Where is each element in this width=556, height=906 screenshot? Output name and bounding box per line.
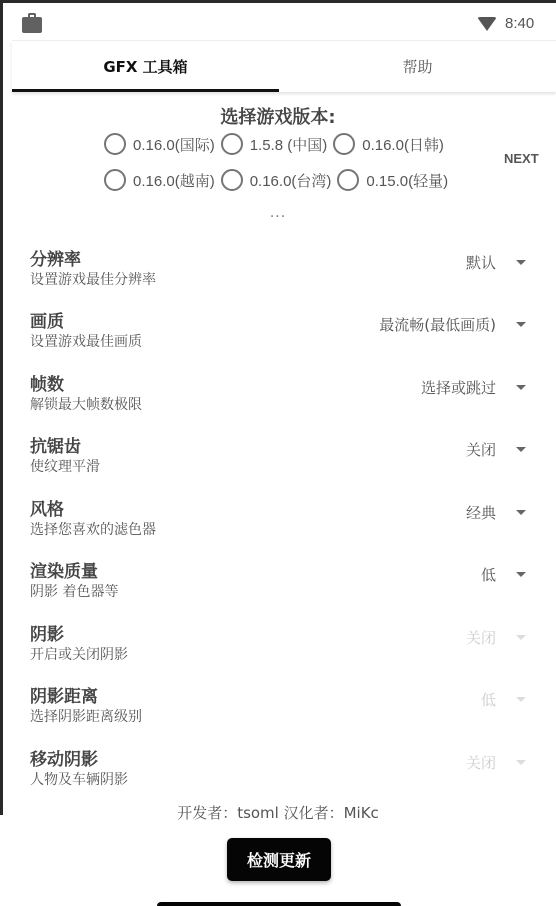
moving-shadow-dropdown[interactable]: 关闭: [466, 752, 530, 773]
wifi-icon: [477, 17, 497, 31]
check-update-button[interactable]: 检测更新: [227, 838, 331, 881]
dropdown-caret-icon: [516, 760, 526, 765]
radio-circle-icon[interactable]: [221, 169, 243, 191]
dropdown-caret-icon: [516, 697, 526, 702]
setting-shadow: 阴影 开启或关闭阴影 关闭: [30, 620, 530, 670]
version-radio-taiwan[interactable]: 0.16.0(台湾): [221, 169, 332, 191]
dropdown-caret-icon: [516, 322, 526, 327]
version-radio-china[interactable]: 1.5.8 (中国): [221, 133, 328, 155]
version-title: 选择游戏版本:: [0, 103, 556, 129]
setting-style: 风格 选择您喜欢的滤色器 经典: [30, 495, 530, 545]
radio-circle-icon[interactable]: [337, 169, 359, 191]
bottom-overlay-bar: [157, 902, 401, 906]
setting-fps: 帧数 解锁最大帧数极限 选择或跳过: [30, 370, 530, 420]
version-radio-vietnam[interactable]: 0.16.0(越南): [104, 169, 215, 191]
version-radio-lite[interactable]: 0.15.0(轻量): [337, 169, 448, 191]
version-radio-row-1: 0.16.0(国际) 1.5.8 (中国) 0.16.0(日韩): [104, 133, 444, 155]
version-radio-row-2: 0.16.0(越南) 0.16.0(台湾) 0.15.0(轻量): [104, 169, 448, 191]
setting-render-quality: 渲染质量 阴影 着色器等 低: [30, 557, 530, 607]
dropdown-caret-icon: [516, 635, 526, 640]
tab-bar: GFX 工具箱 帮助: [12, 40, 556, 92]
antialiasing-dropdown[interactable]: 关闭: [466, 439, 530, 460]
setting-quality: 画质 设置游戏最佳画质 最流畅(最低画质): [30, 307, 530, 357]
status-bar: 8:40: [3, 3, 556, 41]
version-radio-japan-korea[interactable]: 0.16.0(日韩): [333, 133, 444, 155]
fps-dropdown[interactable]: 选择或跳过: [421, 377, 530, 398]
version-radio-global[interactable]: 0.16.0(国际): [104, 133, 215, 155]
status-time: 8:40: [505, 15, 534, 32]
style-dropdown[interactable]: 经典: [466, 502, 530, 523]
quality-dropdown[interactable]: 最流畅(最低画质): [379, 314, 530, 335]
setting-antialiasing: 抗锯齿 使纹理平滑 关闭: [30, 432, 530, 482]
radio-circle-icon[interactable]: [221, 133, 243, 155]
setting-moving-shadow: 移动阴影 人物及车辆阴影 关闭: [30, 745, 530, 795]
tab-help[interactable]: 帮助: [279, 41, 556, 92]
resolution-dropdown[interactable]: 默认: [466, 252, 530, 273]
dropdown-caret-icon: [516, 385, 526, 390]
radio-circle-icon[interactable]: [104, 169, 126, 191]
next-button[interactable]: NEXT: [504, 151, 539, 166]
radio-circle-icon[interactable]: [333, 133, 355, 155]
render-quality-dropdown[interactable]: 低: [481, 564, 530, 585]
more-indicator: ...: [0, 205, 556, 221]
tab-gfx-toolbox[interactable]: GFX 工具箱: [12, 41, 279, 92]
setting-shadow-distance: 阴影距离 选择阴影距离级别 低: [30, 682, 530, 732]
dropdown-caret-icon: [516, 572, 526, 577]
dropdown-caret-icon: [516, 260, 526, 265]
dropdown-caret-icon: [516, 510, 526, 515]
credits-text: 开发者：tsoml 汉化者：MiKc: [0, 802, 556, 823]
shadow-dropdown[interactable]: 关闭: [466, 627, 530, 648]
briefcase-icon: [22, 17, 42, 33]
setting-resolution: 分辨率 设置游戏最佳分辨率 默认: [30, 245, 530, 295]
shadow-distance-dropdown[interactable]: 低: [481, 689, 530, 710]
dropdown-caret-icon: [516, 447, 526, 452]
radio-circle-icon[interactable]: [104, 133, 126, 155]
